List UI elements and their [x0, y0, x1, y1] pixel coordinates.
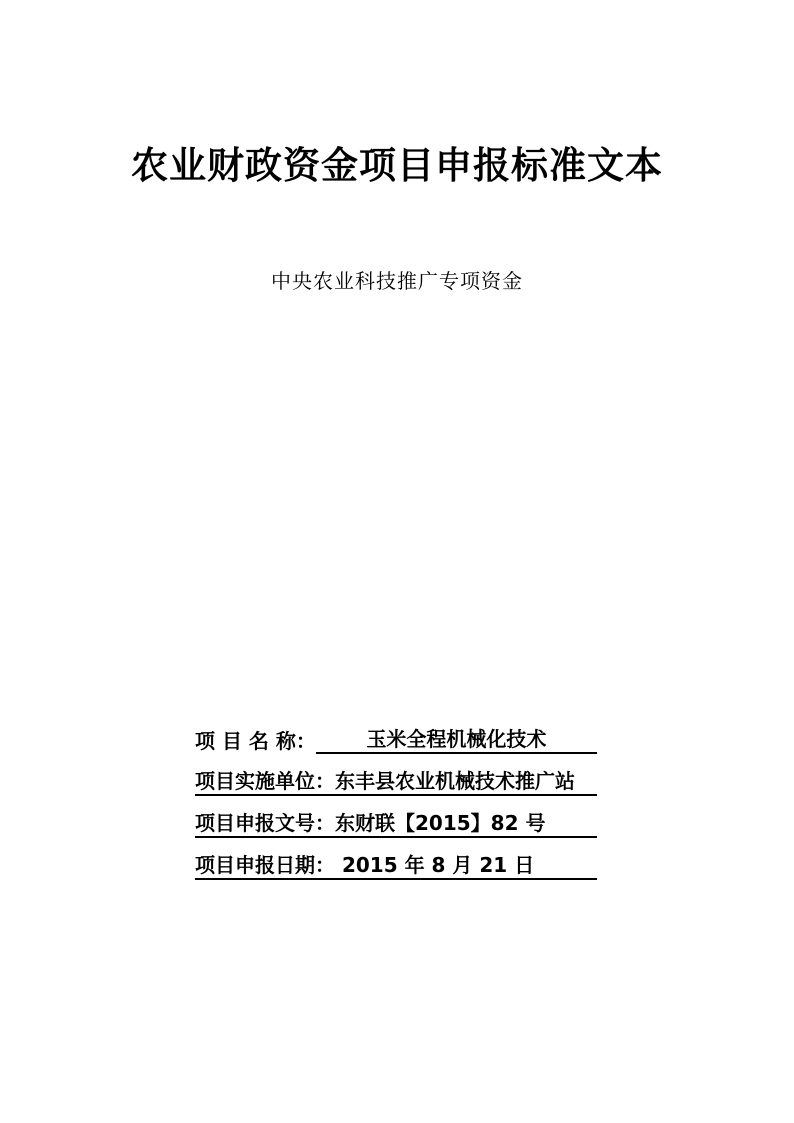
field-row-document-no: 项目申报文号： 东财联【2015】82 号 [195, 796, 597, 838]
field-value-implement-unit: 东丰县农业机械技术推广站 [335, 768, 575, 794]
field-row-apply-date: 项目申报日期： 2015 年 8 月 21 日 [195, 838, 597, 880]
field-value-apply-date: 2015 年 8 月 21 日 [335, 852, 534, 878]
field-row-implement-unit: 项目实施单位： 东丰县农业机械技术推广站 [195, 754, 597, 796]
field-value-document-no: 东财联【2015】82 号 [335, 810, 545, 836]
field-label-document-no: 项目申报文号： [195, 810, 335, 836]
field-label-implement-unit: 项目实施单位： [195, 768, 335, 794]
field-value-project-name: 玉米全程机械化技术 [316, 726, 597, 754]
field-label-project-name: 项 目 名 称： [195, 728, 316, 754]
field-label-apply-date: 项目申报日期： [195, 852, 335, 878]
document-title: 农业财政资金项目申报标准文本 [0, 141, 794, 189]
document-subtitle: 中央农业科技推广专项资金 [0, 267, 794, 295]
document-page: 农业财政资金项目申报标准文本 中央农业科技推广专项资金 项 目 名 称： 玉米全… [0, 0, 794, 1123]
field-row-project-name: 项 目 名 称： 玉米全程机械化技术 [195, 712, 597, 754]
cover-form: 项 目 名 称： 玉米全程机械化技术 项目实施单位： 东丰县农业机械技术推广站 … [195, 712, 597, 880]
